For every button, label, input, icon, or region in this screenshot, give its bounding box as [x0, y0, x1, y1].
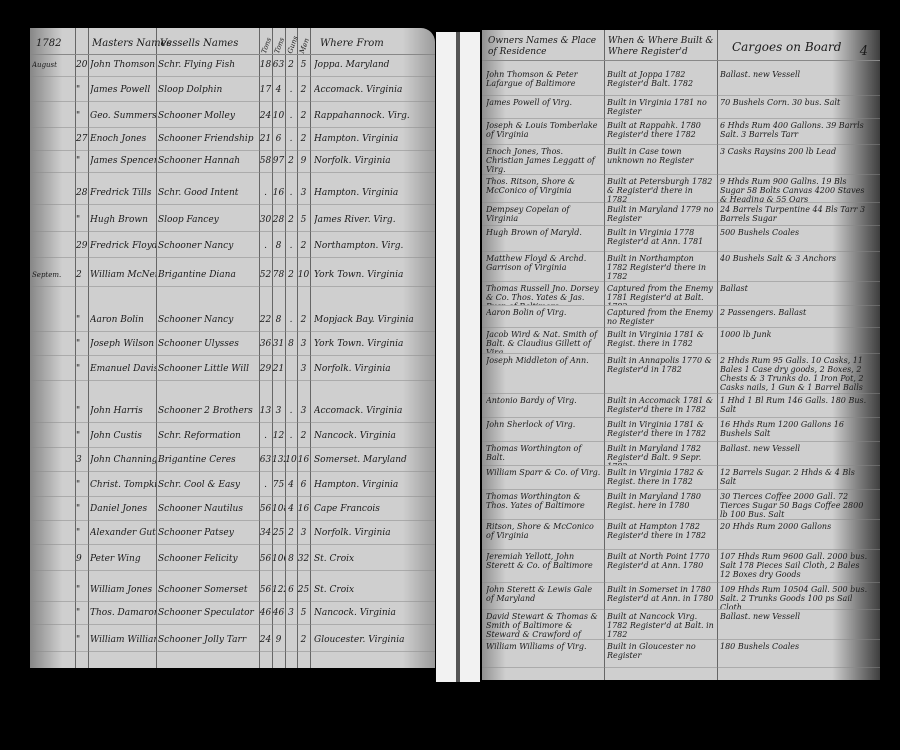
master-name: William Jones: [90, 585, 156, 596]
tonnage-1: .: [259, 188, 272, 199]
left-ledger-page: 1782 Masters Names Vessells Names Tons T…: [30, 28, 435, 668]
where-from: St. Croix: [314, 554, 434, 565]
entry-day: 20: [76, 60, 88, 71]
master-name: Daniel Jones: [90, 504, 156, 515]
men: 2: [297, 134, 310, 145]
ledger-year: 1782: [36, 38, 61, 49]
tonnage-2: 4: [272, 85, 285, 96]
master-name: Enoch Jones: [90, 134, 156, 145]
built-registered: Built in Case town unknown no Register: [607, 147, 715, 165]
men: 2: [297, 241, 310, 252]
men: 3: [297, 364, 310, 375]
guns: 2: [285, 156, 297, 167]
where-from: Gloucester. Virginia: [314, 635, 434, 646]
men: 16: [297, 504, 310, 515]
where-from: James River. Virg.: [314, 215, 434, 226]
master-name: Christ. Tompkins: [90, 480, 156, 491]
master-name: John Custis: [90, 431, 156, 442]
tonnage-2: 3: [272, 406, 285, 417]
owner-names: Thomas Russell Jno. Dorsey & Co. Thos. Y…: [486, 284, 602, 305]
entry-day: 28: [76, 188, 88, 199]
master-name: James Powell: [90, 85, 156, 96]
owner-names: Thomas Worthington & Thos. Yates of Balt…: [486, 492, 602, 510]
vessel-name: Sloop Fancey: [158, 215, 258, 226]
header-vessel-names: Vessells Names: [160, 38, 238, 49]
owner-names: John Thomson & Peter Lafargue of Baltimo…: [486, 70, 602, 88]
where-from: St. Croix: [314, 585, 434, 596]
owner-names: Jacob Wird & Nat. Smith of Balt. & Claud…: [486, 330, 602, 353]
owner-names: Ritson, Shore & McConico of Virginia: [486, 522, 602, 540]
guns: .: [285, 431, 297, 442]
tonnage-2: 108: [272, 504, 285, 515]
cargo-on-board: 20 Hhds Rum 2000 Gallons: [720, 522, 870, 531]
built-registered: Built at Rappahk. 1780 Register'd there …: [607, 121, 715, 139]
entry-month: Septem.: [32, 270, 74, 281]
cargo-on-board: 107 Hhds Rum 9600 Gall. 2000 bus. Salt 1…: [720, 552, 870, 579]
owner-names: Dempsey Copelan of Virginia: [486, 205, 602, 223]
tonnage-1: 21: [259, 134, 272, 145]
guns: 8: [285, 554, 297, 565]
tonnage-2: 6: [272, 134, 285, 145]
tonnage-2: 106: [272, 554, 285, 565]
tonnage-2: 75: [272, 480, 285, 491]
vessel-name: Sloop Dolphin: [158, 85, 258, 96]
entry-day: ": [76, 431, 88, 442]
men: 2: [297, 85, 310, 96]
cargo-on-board: 1 Hhd 1 Bl Rum 146 Galls. 180 Bus. Salt: [720, 396, 870, 414]
built-registered: Built at Petersburgh 1782 & Register'd t…: [607, 177, 715, 202]
owner-names: Antonio Bardy of Virg.: [486, 396, 602, 405]
cargo-on-board: 40 Bushels Salt & 3 Anchors: [720, 254, 870, 263]
vessel-name: Schooner 2 Brothers: [158, 406, 258, 417]
master-name: Thos. Damaron: [90, 608, 156, 619]
header-where-from: Where From: [320, 38, 384, 49]
master-name: William McNeill: [90, 270, 156, 281]
entry-day: ": [76, 504, 88, 515]
entry-day: ": [76, 406, 88, 417]
tonnage-1: 63: [259, 455, 272, 466]
owner-names: William Williams of Virg.: [486, 642, 602, 651]
entry-day: ": [76, 111, 88, 122]
guns: 2: [285, 60, 297, 71]
guns: 8: [285, 339, 297, 350]
owner-names: John Sterett & Lewis Gale of Maryland: [486, 585, 602, 603]
built-registered: Captured from the Enemy no Register: [607, 308, 715, 326]
men: 2: [297, 315, 310, 326]
tonnage-1: 24: [259, 635, 272, 646]
vessel-name: Schooner Molley: [158, 111, 258, 122]
tonnage-1: 13: [259, 406, 272, 417]
tonnage-1: 22: [259, 315, 272, 326]
master-name: John Channing: [90, 455, 156, 466]
men: 2: [297, 111, 310, 122]
men: 32: [297, 554, 310, 565]
cargo-on-board: 12 Barrels Sugar. 2 Hhds & 4 Bls Salt: [720, 468, 870, 486]
vessel-name: Schooner Friendship: [158, 134, 258, 145]
men: 5: [297, 60, 310, 71]
entry-day: ": [76, 339, 88, 350]
built-registered: Built at North Point 1770 Register'd at …: [607, 552, 715, 570]
owner-names: James Powell of Virg.: [486, 98, 602, 107]
men: 9: [297, 156, 310, 167]
guns: .: [285, 134, 297, 145]
owner-names: Joseph & Louis Tomberlake of Virginia: [486, 121, 602, 139]
vessel-name: Schooner Nancy: [158, 315, 258, 326]
men: 10: [297, 270, 310, 281]
where-from: Accomack. Virginia: [314, 406, 434, 417]
guns: 3: [285, 608, 297, 619]
header-built-registered: When & Where Built & Where Register'd: [608, 36, 714, 58]
master-name: James Spencer: [90, 156, 156, 167]
where-from: Hampton. Virginia: [314, 188, 434, 199]
entry-day: ": [76, 156, 88, 167]
master-name: Fredrick Floyd: [90, 241, 156, 252]
tonnage-2: 25: [272, 528, 285, 539]
entry-day: ": [76, 364, 88, 375]
tonnage-2: 16: [272, 188, 285, 199]
cargo-on-board: 9 Hhds Rum 900 Gallns. 19 Bls Sugar 58 B…: [720, 177, 870, 202]
tonnage-2: 132: [272, 455, 285, 466]
master-name: Fredrick Tills: [90, 188, 156, 199]
where-from: Nancock. Virginia: [314, 608, 434, 619]
cargo-on-board: 500 Bushels Coales: [720, 228, 870, 237]
built-registered: Built in Virginia 1781 & Register'd ther…: [607, 420, 715, 438]
tonnage-2: 12: [272, 431, 285, 442]
built-registered: Built in Northampton 1782 Register'd the…: [607, 254, 715, 281]
tonnage-2: 122: [272, 585, 285, 596]
entry-month: August: [32, 60, 74, 71]
guns: 2: [285, 528, 297, 539]
guns: .: [285, 406, 297, 417]
tonnage-1: 36: [259, 339, 272, 350]
owner-names: Thomas Worthington of Balt.: [486, 444, 602, 462]
guns: 10: [285, 455, 297, 466]
tonnage-2: 63: [272, 60, 285, 71]
built-registered: Built in Virginia 1778 Register'd at Ann…: [607, 228, 715, 246]
cargo-on-board: 180 Bushels Coales: [720, 642, 870, 651]
header-owners: Owners Names & Place of Residence: [488, 36, 600, 58]
entry-day: ": [76, 635, 88, 646]
entry-day: 29: [76, 241, 88, 252]
master-name: Geo. Summerson: [90, 111, 156, 122]
entry-day: ": [76, 315, 88, 326]
where-from: Somerset. Maryland: [314, 455, 434, 466]
tonnage-2: 10: [272, 111, 285, 122]
tonnage-2: 9: [272, 635, 285, 646]
built-registered: Built in Maryland 1779 no Register: [607, 205, 715, 223]
men: 3: [297, 339, 310, 350]
where-from: Nancock. Virginia: [314, 431, 434, 442]
owner-names: Hugh Brown of Maryld.: [486, 228, 602, 237]
cargo-on-board: 6 Hhds Rum 400 Gallons. 39 Barrls Salt. …: [720, 121, 870, 139]
tonnage-1: 34: [259, 528, 272, 539]
owner-names: John Sherlock of Virg.: [486, 420, 602, 429]
tonnage-1: 56: [259, 504, 272, 515]
entry-day: ": [76, 528, 88, 539]
entry-day: ": [76, 480, 88, 491]
master-name: John Harris: [90, 406, 156, 417]
owner-names: Aaron Bolin of Virg.: [486, 308, 602, 317]
owner-names: David Stewart & Thomas & Smith of Baltim…: [486, 612, 602, 639]
guns: .: [285, 315, 297, 326]
cargo-on-board: 3 Casks Raysins 200 lb Lead: [720, 147, 870, 156]
entry-day: 27: [76, 134, 88, 145]
built-registered: Built in Maryland 1782 Register'd Balt. …: [607, 444, 715, 465]
tonnage-2: 28: [272, 215, 285, 226]
guns: 2: [285, 270, 297, 281]
master-name: Joseph Wilson: [90, 339, 156, 350]
cargo-on-board: 109 Hhds Rum 10504 Gall. 500 bus. Salt. …: [720, 585, 870, 609]
built-registered: Built in Virginia 1782 & Regist. there i…: [607, 468, 715, 486]
guns: 4: [285, 504, 297, 515]
tonnage-1: 24: [259, 111, 272, 122]
where-from: Rappahannock. Virg.: [314, 111, 434, 122]
book-spine: [436, 32, 480, 682]
tonnage-2: 21: [272, 364, 285, 375]
entry-day: ": [76, 608, 88, 619]
tonnage-1: .: [259, 431, 272, 442]
guns: .: [285, 111, 297, 122]
guns: 2: [285, 215, 297, 226]
tonnage-1: 18: [259, 60, 272, 71]
tonnage-1: 30: [259, 215, 272, 226]
master-name: Alexander Guthry: [90, 528, 156, 539]
tonnage-1: 56: [259, 554, 272, 565]
master-name: Emanuel Davis: [90, 364, 156, 375]
where-from: Norfolk. Virginia: [314, 156, 434, 167]
where-from: Norfolk. Virginia: [314, 528, 434, 539]
vessel-name: Schooner Nautilus: [158, 504, 258, 515]
men: 3: [297, 528, 310, 539]
tonnage-1: 58: [259, 156, 272, 167]
master-name: William Williams: [90, 635, 156, 646]
guns: .: [285, 241, 297, 252]
cargo-on-board: 2 Hhds Rum 95 Galls. 10 Casks, 11 Bales …: [720, 356, 870, 392]
master-name: John Thomson: [90, 60, 156, 71]
cargo-on-board: 30 Tierces Coffee 2000 Gall. 72 Tierces …: [720, 492, 870, 519]
built-registered: Built in Annapolis 1770 & Register'd in …: [607, 356, 715, 374]
master-name: Hugh Brown: [90, 215, 156, 226]
entry-day: 2: [76, 270, 88, 281]
owner-names: Jeremiah Yellott, John Sterett & Co. of …: [486, 552, 602, 570]
vessel-name: Schooner Somerset: [158, 585, 258, 596]
vessel-name: Schr. Flying Fish: [158, 60, 258, 71]
men: 3: [297, 406, 310, 417]
cargo-on-board: 2 Passengers. Ballast: [720, 308, 870, 317]
entry-day: 9: [76, 554, 88, 565]
cargo-on-board: 16 Hhds Rum 1200 Gallons 16 Bushels Salt: [720, 420, 870, 438]
built-registered: Built in Gloucester no Register: [607, 642, 715, 660]
tonnage-1: 56: [259, 585, 272, 596]
men: 3: [297, 188, 310, 199]
built-registered: Built at Hampton 1782 Register'd there i…: [607, 522, 715, 540]
owner-names: William Sparr & Co. of Virg.: [486, 468, 602, 477]
entry-day: ": [76, 215, 88, 226]
vessel-name: Schooner Speculator: [158, 608, 258, 619]
where-from: Northampton. Virg.: [314, 241, 434, 252]
men: 25: [297, 585, 310, 596]
owner-names: Thos. Ritson, Shore & McConico of Virgin…: [486, 177, 602, 195]
vessel-name: Schooner Little Will: [158, 364, 258, 375]
tonnage-2: 78: [272, 270, 285, 281]
tonnage-2: 46: [272, 608, 285, 619]
where-from: Accomack. Virginia: [314, 85, 434, 96]
where-from: York Town. Virginia: [314, 270, 434, 281]
built-registered: Built in Virginia 1781 no Register: [607, 98, 715, 116]
tonnage-1: .: [259, 480, 272, 491]
vessel-name: Schooner Felicity: [158, 554, 258, 565]
cargo-on-board: Ballast: [720, 284, 870, 293]
entry-day: 3: [76, 455, 88, 466]
guns: .: [285, 85, 297, 96]
built-registered: Built at Nancock Virg. 1782 Register'd a…: [607, 612, 715, 639]
tonnage-1: 29: [259, 364, 272, 375]
where-from: Cape Francois: [314, 504, 434, 515]
cargo-on-board: Ballast. new Vessell: [720, 612, 870, 621]
where-from: Mopjack Bay. Virginia: [314, 315, 434, 326]
entry-day: ": [76, 585, 88, 596]
built-registered: Built in Virginia 1781 & Regist. there i…: [607, 330, 715, 348]
where-from: Hampton. Virginia: [314, 480, 434, 491]
vessel-name: Schr. Reformation: [158, 431, 258, 442]
vessel-name: Schr. Cool & Easy: [158, 480, 258, 491]
cargo-on-board: Ballast. new Vessell: [720, 444, 870, 453]
cargo-on-board: Ballast. new Vessell: [720, 70, 870, 79]
cargo-on-board: 1000 lb Junk: [720, 330, 870, 339]
tonnage-1: 52: [259, 270, 272, 281]
vessel-name: Schooner Patsey: [158, 528, 258, 539]
built-registered: Captured from the Enemy 1781 Register'd …: [607, 284, 715, 305]
tonnage-2: 8: [272, 241, 285, 252]
where-from: Joppa. Maryland: [314, 60, 434, 71]
owner-names: Matthew Floyd & Archd. Garrison of Virgi…: [486, 254, 602, 272]
tonnage-1: .: [259, 241, 272, 252]
tonnage-2: 8: [272, 315, 285, 326]
tonnage-1: 17: [259, 85, 272, 96]
vessel-name: Brigantine Ceres: [158, 455, 258, 466]
tonnage-2: 97: [272, 156, 285, 167]
men: 2: [297, 431, 310, 442]
master-name: Aaron Bolin: [90, 315, 156, 326]
built-registered: Built in Accomack 1781 & Register'd ther…: [607, 396, 715, 414]
guns: 6: [285, 585, 297, 596]
built-registered: Built in Somerset in 1780 Register'd at …: [607, 585, 715, 603]
vessel-name: Schooner Hannah: [158, 156, 258, 167]
entry-day: ": [76, 85, 88, 96]
vessel-name: Schooner Nancy: [158, 241, 258, 252]
where-from: Norfolk. Virginia: [314, 364, 434, 375]
tonnage-2: 31: [272, 339, 285, 350]
where-from: York Town. Virginia: [314, 339, 434, 350]
guns: .: [285, 188, 297, 199]
men: 5: [297, 608, 310, 619]
where-from: Hampton. Virginia: [314, 134, 434, 145]
guns: 4: [285, 480, 297, 491]
built-registered: Built in Maryland 1780 Regist. here in 1…: [607, 492, 715, 510]
owner-names: Joseph Middleton of Ann.: [486, 356, 602, 365]
cargo-on-board: 70 Bushels Corn. 30 bus. Salt: [720, 98, 870, 107]
cargo-on-board: 24 Barrels Turpentine 44 Bls Tarr 3 Barr…: [720, 205, 870, 223]
built-registered: Built at Joppa 1782 Register'd Balt. 178…: [607, 70, 715, 88]
men: 6: [297, 480, 310, 491]
vessel-name: Schooner Ulysses: [158, 339, 258, 350]
page-number: 4: [860, 44, 868, 59]
header-men: Men: [298, 37, 311, 55]
vessel-name: Schooner Jolly Tarr: [158, 635, 258, 646]
vessel-name: Schr. Good Intent: [158, 188, 258, 199]
men: 16: [297, 455, 310, 466]
master-name: Peter Wing: [90, 554, 156, 565]
men: 2: [297, 635, 310, 646]
vessel-name: Brigantine Diana: [158, 270, 258, 281]
men: 5: [297, 215, 310, 226]
header-cargoes: Cargoes on Board: [732, 40, 841, 54]
tonnage-1: 46: [259, 608, 272, 619]
owner-names: Enoch Jones, Thos. Christian James Legga…: [486, 147, 602, 174]
right-ledger-page: Owners Names & Place of Residence When &…: [482, 30, 880, 680]
